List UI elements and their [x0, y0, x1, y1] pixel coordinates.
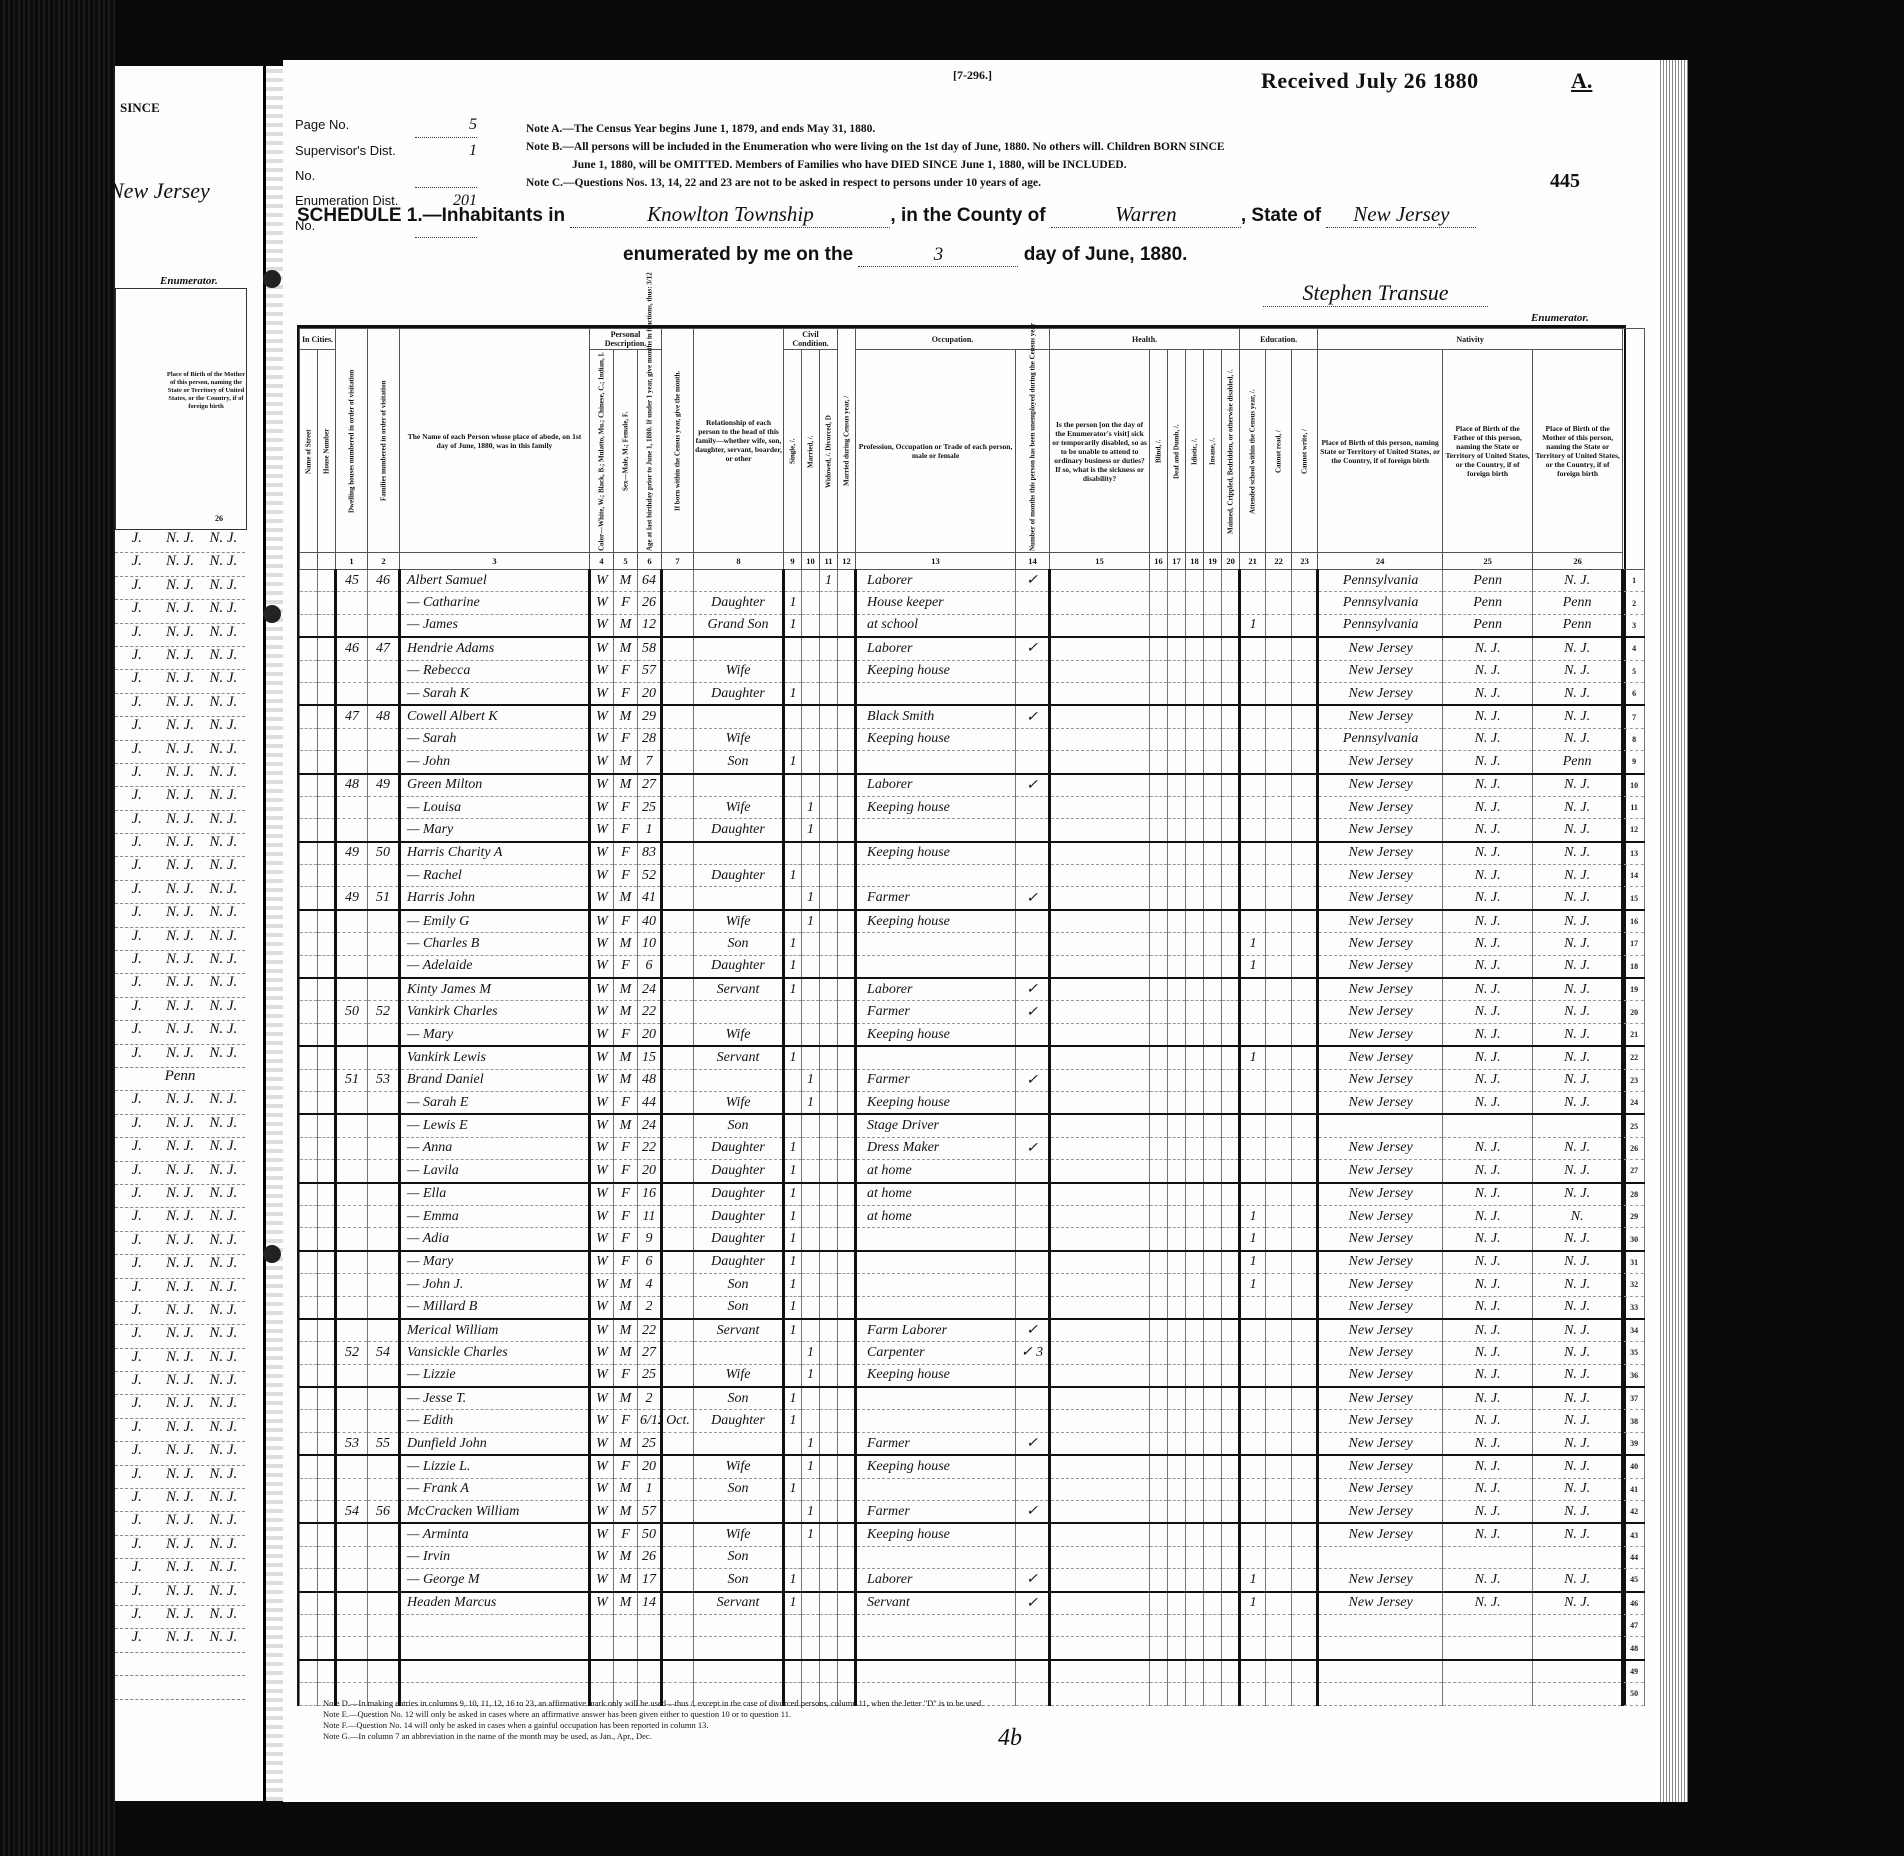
empty-cell — [1292, 1046, 1318, 1069]
relationship-cell: Daughter — [694, 955, 784, 978]
dwelling-number — [336, 1160, 368, 1183]
empty-cell — [1222, 660, 1240, 682]
empty-cell — [838, 728, 856, 750]
widowed-mark — [820, 842, 838, 865]
header-street: Name of Street — [300, 350, 318, 553]
empty-cell — [1150, 1455, 1168, 1478]
dwelling-number: 49 — [336, 842, 368, 865]
sex-cell: M — [614, 1001, 638, 1023]
empty-cell — [1204, 728, 1222, 750]
dwelling-number — [336, 1228, 368, 1251]
mother-birthplace-cell: N. J. — [1533, 1228, 1623, 1251]
empty-cell — [1222, 1614, 1240, 1636]
empty-cell — [1050, 1364, 1150, 1387]
empty-cell — [1150, 1614, 1168, 1636]
empty-cell — [1168, 1251, 1186, 1274]
empty-cell — [1050, 887, 1150, 910]
birth-month-cell — [662, 1432, 694, 1455]
sex-cell: F — [614, 842, 638, 865]
relationship-cell: Servant — [694, 1592, 784, 1615]
sex-cell: F — [614, 910, 638, 933]
empty-cell — [1186, 1501, 1204, 1524]
married-mark: 1 — [802, 1091, 820, 1114]
state-label: , State of — [1241, 205, 1321, 226]
empty-cell — [300, 1342, 318, 1364]
father-birthplace-cell: N. J. — [1443, 1001, 1533, 1023]
father-birthplace-cell: N. J. — [1443, 933, 1533, 955]
occupation-cell: Carpenter — [856, 1342, 1016, 1364]
prev-mother-birth-header: Place of Birth of the Mother of this per… — [166, 371, 246, 411]
school-mark: 1 — [1240, 614, 1266, 637]
widowed-mark — [820, 1455, 838, 1478]
page-stack-edge — [1658, 60, 1688, 1802]
prev-page-cell: N. J. — [202, 881, 245, 903]
header-maimed: Maimed, Crippled, Bedridden, or otherwis… — [1222, 350, 1240, 553]
prev-page-cell: N. J. — [158, 764, 201, 786]
age-cell: 9 — [638, 1228, 662, 1251]
single-mark — [784, 1342, 802, 1364]
sex-cell: M — [614, 751, 638, 774]
empty-cell — [1266, 1137, 1292, 1159]
empty-cell — [1150, 637, 1168, 660]
empty-cell — [1222, 1114, 1240, 1137]
birth-month-cell — [662, 1523, 694, 1546]
book-binding-edge — [0, 0, 115, 1856]
empty-cell — [1204, 1637, 1222, 1660]
empty-cell — [1168, 1523, 1186, 1546]
empty-cell — [1186, 1046, 1204, 1069]
empty-cell — [838, 592, 856, 614]
birthplace-cell: Pennsylvania — [1318, 592, 1443, 614]
age-cell: 52 — [638, 865, 662, 887]
married-mark — [802, 1660, 820, 1683]
empty-cell — [1222, 796, 1240, 818]
occupation-cell — [856, 1274, 1016, 1296]
prev-page-cell: N. J. — [158, 928, 201, 950]
single-mark: 1 — [784, 1205, 802, 1227]
prev-page-cell: J. — [115, 1372, 158, 1394]
empty-cell — [1292, 1364, 1318, 1387]
age-cell: 27 — [638, 1342, 662, 1364]
note-e: Note E.—Question No. 12 will only be ask… — [323, 1709, 983, 1720]
empty-cell — [1222, 614, 1240, 637]
prev-page-cell: N. J. — [158, 1115, 201, 1137]
empty-cell — [1168, 865, 1186, 887]
empty-cell — [1222, 1251, 1240, 1274]
unemployed-mark — [1016, 660, 1050, 682]
empty-cell — [1222, 1228, 1240, 1251]
dwelling-number — [336, 1183, 368, 1206]
prev-page-cell: N. J. — [158, 1091, 201, 1113]
single-mark: 1 — [784, 1251, 802, 1274]
dwelling-number — [336, 865, 368, 887]
single-mark: 1 — [784, 682, 802, 705]
empty-cell — [1150, 978, 1168, 1001]
table-row: 4546Albert SamuelWM641Laborer✓Pennsylvan… — [300, 570, 1645, 592]
table-row: — CatharineWF26Daughter1House keeperPenn… — [300, 592, 1645, 614]
column-number: 22 — [1266, 553, 1292, 570]
mother-birthplace-cell: N. J. — [1533, 1342, 1623, 1364]
school-mark — [1240, 1114, 1266, 1137]
color-cell: W — [590, 933, 614, 955]
empty-cell — [1186, 1478, 1204, 1500]
empty-cell — [1050, 1614, 1150, 1636]
empty-cell — [318, 955, 336, 978]
widowed-mark — [820, 865, 838, 887]
widowed-mark — [820, 796, 838, 818]
empty-cell — [1292, 1205, 1318, 1227]
father-birthplace-cell: N. J. — [1443, 1501, 1533, 1524]
table-row: — Millard BWM2Son1New JerseyN. J.N. J.33 — [300, 1296, 1645, 1319]
empty-cell — [1168, 1228, 1186, 1251]
person-name: — John — [400, 751, 590, 774]
family-number — [368, 819, 400, 842]
table-row: — Sarah EWF44Wife1Keeping houseNew Jerse… — [300, 1091, 1645, 1114]
empty-cell — [300, 614, 318, 637]
widowed-mark — [820, 1410, 838, 1432]
birthplace-cell — [1318, 1614, 1443, 1636]
empty-cell — [1186, 1410, 1204, 1432]
color-cell: W — [590, 614, 614, 637]
unemployed-mark — [1016, 1114, 1050, 1137]
empty-cell — [1150, 1137, 1168, 1159]
column-number: 25 — [1443, 553, 1533, 570]
empty-cell — [1050, 1001, 1150, 1023]
prev-page-cell: J. — [115, 998, 158, 1020]
age-cell: 12 — [638, 614, 662, 637]
table-row: — MaryWF6Daughter11New JerseyN. J.N. J.3… — [300, 1251, 1645, 1274]
prev-page-row: J.N. J.N. J. — [115, 1419, 245, 1442]
person-name: — Catharine — [400, 592, 590, 614]
family-number — [368, 865, 400, 887]
column-number: 13 — [856, 553, 1016, 570]
single-mark — [784, 660, 802, 682]
prev-header-box: Place of Birth of the Mother of this per… — [115, 288, 247, 530]
prev-page-cell: N. J. — [158, 1021, 201, 1043]
empty-cell — [1168, 660, 1186, 682]
table-row: — Charles BWM10Son11New JerseyN. J.N. J.… — [300, 933, 1645, 955]
birthplace-cell: New Jersey — [1318, 887, 1443, 910]
birth-month-cell — [662, 1160, 694, 1183]
empty-cell — [1050, 1342, 1150, 1364]
empty-cell — [1050, 1592, 1150, 1615]
unemployed-mark — [1016, 728, 1050, 750]
empty-cell — [1204, 1091, 1222, 1114]
relationship-cell: Daughter — [694, 1251, 784, 1274]
table-row: — LavilaWF20Daughter1at homeNew JerseyN.… — [300, 1160, 1645, 1183]
relationship-cell — [694, 705, 784, 728]
age-cell: 17 — [638, 1569, 662, 1592]
empty-cell — [1266, 637, 1292, 660]
table-row: 4951Harris JohnWM411Farmer✓New JerseyN. … — [300, 887, 1645, 910]
single-mark — [784, 796, 802, 818]
relationship-cell — [694, 1342, 784, 1364]
table-row: — AnnaWF22Daughter1Dress Maker✓New Jerse… — [300, 1137, 1645, 1159]
empty-cell — [1292, 1592, 1318, 1615]
unemployed-mark: ✓ — [1016, 978, 1050, 1001]
relationship-cell: Daughter — [694, 865, 784, 887]
prev-page-cell: N. J. — [158, 1138, 201, 1160]
empty-cell — [1204, 1455, 1222, 1478]
empty-cell — [1150, 1274, 1168, 1296]
empty-cell — [300, 865, 318, 887]
prev-page-cell: N. J. — [158, 741, 201, 763]
birth-month-cell — [662, 1091, 694, 1114]
prev-page-cell: J. — [115, 1138, 158, 1160]
empty-cell — [1050, 1296, 1150, 1319]
empty-cell — [1150, 796, 1168, 818]
empty-cell — [1266, 1683, 1292, 1705]
occupation-cell — [856, 1046, 1016, 1069]
school-mark — [1240, 1160, 1266, 1183]
relationship-cell: Daughter — [694, 1183, 784, 1206]
age-cell: 26 — [638, 1546, 662, 1568]
empty-cell — [1266, 1319, 1292, 1342]
empty-cell — [1204, 842, 1222, 865]
occupation-cell — [856, 819, 1016, 842]
empty-cell — [1150, 1523, 1168, 1546]
prev-page-cell — [202, 1068, 245, 1090]
empty-cell — [1222, 842, 1240, 865]
prev-page-cell: N. J. — [202, 1115, 245, 1137]
widowed-mark — [820, 1251, 838, 1274]
line-number: 45 — [1623, 1569, 1645, 1592]
header-nativity: Nativity — [1318, 329, 1623, 350]
empty-cell — [1050, 1319, 1150, 1342]
age-cell — [638, 1660, 662, 1683]
family-number — [368, 1183, 400, 1206]
empty-cell — [300, 1046, 318, 1069]
empty-cell — [1150, 682, 1168, 705]
prev-page-cell: N. J. — [158, 1419, 201, 1441]
person-name: — Sarah K — [400, 682, 590, 705]
dwelling-number — [336, 1137, 368, 1159]
color-cell: W — [590, 1228, 614, 1251]
prev-page-cell: N. J. — [158, 1559, 201, 1581]
line-number: 9 — [1623, 751, 1645, 774]
school-mark — [1240, 1523, 1266, 1546]
widowed-mark — [820, 637, 838, 660]
empty-cell — [1186, 1251, 1204, 1274]
empty-cell — [1292, 570, 1318, 592]
empty-cell — [1292, 1546, 1318, 1568]
sex-cell: M — [614, 1046, 638, 1069]
line-number: 8 — [1623, 728, 1645, 750]
birthplace-cell — [1318, 1660, 1443, 1683]
line-number: 11 — [1623, 796, 1645, 818]
color-cell: W — [590, 1274, 614, 1296]
sex-cell: F — [614, 682, 638, 705]
relationship-cell: Son — [694, 1569, 784, 1592]
widowed-mark — [820, 1046, 838, 1069]
father-birthplace-cell — [1443, 1614, 1533, 1636]
father-birthplace-cell: N. J. — [1443, 1432, 1533, 1455]
school-mark — [1240, 1137, 1266, 1159]
prev-page-cell: J. — [115, 1629, 158, 1651]
age-cell: 28 — [638, 728, 662, 750]
empty-cell — [1168, 1569, 1186, 1592]
single-mark: 1 — [784, 1410, 802, 1432]
empty-cell — [300, 637, 318, 660]
prev-page-cell: N. J. — [158, 1583, 201, 1605]
father-birthplace-cell — [1443, 1683, 1533, 1705]
empty-cell — [1186, 728, 1204, 750]
relationship-cell — [694, 774, 784, 797]
empty-cell — [318, 1523, 336, 1546]
sex-cell: M — [614, 1569, 638, 1592]
empty-cell — [1204, 1523, 1222, 1546]
unemployed-mark — [1016, 1637, 1050, 1660]
empty-cell — [318, 1251, 336, 1274]
widowed-mark — [820, 955, 838, 978]
empty-cell — [1266, 1160, 1292, 1183]
prev-page-cell: J. — [115, 1045, 158, 1067]
unemployed-mark — [1016, 1546, 1050, 1568]
family-number — [368, 1091, 400, 1114]
unemployed-mark: ✓ — [1016, 637, 1050, 660]
prev-page-cell: J. — [115, 1512, 158, 1534]
school-mark — [1240, 1614, 1266, 1636]
empty-cell — [1222, 592, 1240, 614]
birthplace-cell: New Jersey — [1318, 1023, 1443, 1046]
relationship-cell: Daughter — [694, 819, 784, 842]
empty-cell — [300, 910, 318, 933]
header-age: Age at last birthday prior to June 1, 18… — [638, 350, 662, 553]
unemployed-mark — [1016, 751, 1050, 774]
empty-cell — [318, 774, 336, 797]
sex-cell: M — [614, 1069, 638, 1091]
line-number: 23 — [1623, 1069, 1645, 1091]
person-name: — Sarah E — [400, 1091, 590, 1114]
person-name: — Lavila — [400, 1160, 590, 1183]
prev-page-cell: J. — [115, 1091, 158, 1113]
prev-page-cell: N. J. — [158, 670, 201, 692]
father-birthplace-cell: N. J. — [1443, 796, 1533, 818]
empty-cell — [838, 682, 856, 705]
header-blind: Blind, /. — [1150, 350, 1168, 553]
married-mark — [802, 1319, 820, 1342]
mother-birthplace-cell: N. J. — [1533, 955, 1623, 978]
empty-cell — [838, 1569, 856, 1592]
empty-cell — [318, 796, 336, 818]
person-name: — Mary — [400, 819, 590, 842]
empty-cell — [838, 842, 856, 865]
empty-cell — [1150, 1319, 1168, 1342]
prev-page-cell: N. J. — [202, 1559, 245, 1581]
family-number — [368, 1523, 400, 1546]
empty-cell — [1266, 955, 1292, 978]
empty-cell — [1150, 1023, 1168, 1046]
empty-cell — [838, 1205, 856, 1227]
empty-cell — [1186, 705, 1204, 728]
empty-cell — [1050, 728, 1150, 750]
prev-page-cell: J. — [115, 1185, 158, 1207]
person-name: — Adelaide — [400, 955, 590, 978]
header-married-year: Married during Census year, / — [838, 329, 856, 553]
unemployed-mark — [1016, 1387, 1050, 1410]
prev-page-cell: J. — [115, 670, 158, 692]
prev-page-row: J.N. J.N. J. — [115, 1559, 245, 1582]
family-number — [368, 1660, 400, 1683]
birth-month-cell — [662, 751, 694, 774]
empty-cell — [300, 1274, 318, 1296]
married-mark — [802, 728, 820, 750]
empty-cell — [1204, 1228, 1222, 1251]
header-months-unemployed: Number of months this person has been un… — [1016, 350, 1050, 553]
father-birthplace-cell: N. J. — [1443, 1160, 1533, 1183]
age-cell: 25 — [638, 796, 662, 818]
prev-page-cell: J. — [115, 811, 158, 833]
mother-birthplace-cell — [1533, 1114, 1623, 1137]
sex-cell: F — [614, 1183, 638, 1206]
empty-cell — [1204, 1432, 1222, 1455]
prev-since-text: SINCE — [120, 100, 160, 116]
relationship-cell: Wife — [694, 1023, 784, 1046]
single-mark — [784, 1364, 802, 1387]
age-cell: 6 — [638, 955, 662, 978]
empty-cell — [838, 1410, 856, 1432]
prev-page-row: J.N. J.N. J. — [115, 787, 245, 810]
empty-cell — [1204, 1546, 1222, 1568]
empty-cell — [1186, 955, 1204, 978]
empty-cell — [1204, 1023, 1222, 1046]
widowed-mark — [820, 728, 838, 750]
birth-month-cell — [662, 614, 694, 637]
birthplace-cell: New Jersey — [1318, 1592, 1443, 1615]
prev-page-cell: J. — [115, 600, 158, 622]
age-cell: 27 — [638, 774, 662, 797]
relationship-cell — [694, 842, 784, 865]
family-number — [368, 978, 400, 1001]
school-mark — [1240, 1478, 1266, 1500]
married-mark — [802, 1023, 820, 1046]
empty-cell — [1292, 1001, 1318, 1023]
empty-cell — [1050, 1660, 1150, 1683]
birth-month-cell — [662, 1455, 694, 1478]
dwelling-number — [336, 1546, 368, 1568]
married-mark: 1 — [802, 819, 820, 842]
family-number — [368, 682, 400, 705]
birthplace-cell: New Jersey — [1318, 1183, 1443, 1206]
family-number — [368, 1614, 400, 1636]
line-number: 36 — [1623, 1364, 1645, 1387]
occupation-cell: Farm Laborer — [856, 1319, 1016, 1342]
empty-cell — [1292, 1023, 1318, 1046]
empty-cell — [318, 1637, 336, 1660]
empty-cell — [1150, 1592, 1168, 1615]
prev-page-cell: N. J. — [202, 1185, 245, 1207]
empty-cell — [1292, 1683, 1318, 1705]
school-mark — [1240, 1319, 1266, 1342]
empty-cell — [1050, 1228, 1150, 1251]
unemployed-mark — [1016, 1523, 1050, 1546]
birth-month-cell — [662, 978, 694, 1001]
prev-page-cell — [158, 1653, 201, 1675]
prev-page-cell: N. J. — [202, 928, 245, 950]
empty-cell — [318, 705, 336, 728]
widowed-mark — [820, 1274, 838, 1296]
column-number: 21 — [1240, 553, 1266, 570]
empty-cell — [1186, 796, 1204, 818]
header-deaf: Deaf and Dumb, /. — [1168, 350, 1186, 553]
empty-cell — [1050, 910, 1150, 933]
line-number: 5 — [1623, 660, 1645, 682]
mother-birthplace-cell: N. J. — [1533, 1387, 1623, 1410]
mother-birthplace-cell: N. J. — [1533, 1160, 1623, 1183]
birth-month-cell — [662, 1546, 694, 1568]
relationship-cell: Son — [694, 1387, 784, 1410]
empty-cell — [318, 751, 336, 774]
